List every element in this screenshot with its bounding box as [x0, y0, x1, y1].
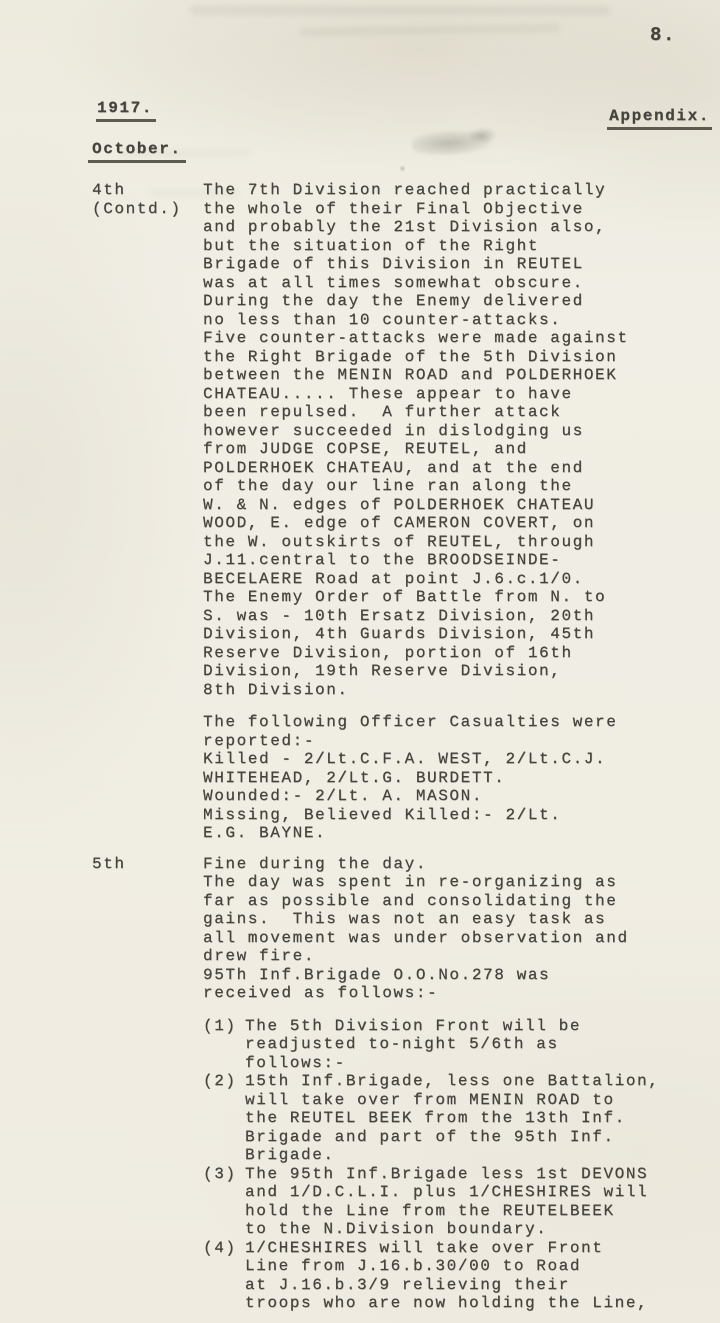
- text-line: Brigade and part of the 95th Inf.: [245, 1128, 703, 1147]
- text-line: Missing, Believed Killed:- 2/Lt.: [203, 806, 703, 825]
- month-heading: October.: [88, 140, 186, 163]
- text-line: Division, 19th Reserve Division,: [203, 662, 703, 681]
- text-line: received as follows:-: [203, 984, 703, 1003]
- text-line: at J.16.b.3/9 relieving their: [245, 1276, 703, 1295]
- diary-entry: 4th(Contd.)The 7th Division reached prac…: [0, 181, 720, 843]
- page-number: 8.: [650, 24, 676, 46]
- numbered-item: (1)The 5th Division Front will bereadjus…: [203, 1017, 703, 1073]
- text-line: no less than 10 counter-attacks.: [203, 311, 703, 330]
- text-line: W. & N. edges of POLDERHOEK CHATEAU: [203, 496, 703, 515]
- text-line: 1/CHESHIRES will take over Front: [245, 1239, 703, 1258]
- text-line: but the situation of the Right: [203, 237, 703, 256]
- text-line: 15th Inf.Brigade, less one Battalion,: [245, 1072, 703, 1091]
- text-line: the Right Brigade of the 5th Division: [203, 348, 703, 367]
- text-line: the W. outskirts of REUTEL, through: [203, 533, 703, 552]
- item-number: (4): [203, 1239, 237, 1258]
- text-line: BECELAERE Road at point J.6.c.1/0.: [203, 570, 703, 589]
- numbered-item: (4)1/CHESHIRES will take over FrontLine …: [203, 1239, 703, 1313]
- text-line: gains. This was not an easy task as: [203, 910, 703, 929]
- item-number: (1): [203, 1017, 237, 1036]
- text-line: 8th Division.: [203, 681, 703, 700]
- text-line: The 5th Division Front will be: [245, 1017, 703, 1036]
- numbered-item: (2)15th Inf.Brigade, less one Battalion,…: [203, 1072, 703, 1165]
- text-line: the whole of their Final Objective: [203, 200, 703, 219]
- text-line: Five counter-attacks were made against: [203, 329, 703, 348]
- text-line: Wounded:- 2/Lt. A. MASON.: [203, 787, 703, 806]
- text-line: The 95th Inf.Brigade less 1st DEVONS: [245, 1165, 703, 1184]
- ink-speck: [399, 165, 406, 172]
- entry-date: 5th: [92, 855, 203, 1313]
- text-line: however succeeded in dislodging us: [203, 422, 703, 441]
- text-block: Fine during the day.The day was spent in…: [203, 855, 703, 1003]
- bleedthrough-mark: [190, 6, 610, 15]
- text-line: During the day the Enemy delivered: [203, 292, 703, 311]
- text-line: POLDERHOEK CHATEAU, and at the end: [203, 459, 703, 478]
- entry-body: Fine during the day.The day was spent in…: [203, 855, 703, 1313]
- diary-entries: 4th(Contd.)The 7th Division reached prac…: [0, 181, 720, 1313]
- text-line: J.11.central to the BROODSEINDE-: [203, 551, 703, 570]
- text-line: drew fire.: [203, 947, 703, 966]
- text-line: WHITEHEAD, 2/Lt.G. BURDETT.: [203, 769, 703, 788]
- bleedthrough-mark: [300, 24, 560, 37]
- text-line: Brigade.: [245, 1146, 703, 1165]
- diary-entry: 5thFine during the day.The day was spent…: [0, 855, 720, 1313]
- text-line: been repulsed. A further attack: [203, 403, 703, 422]
- numbered-item: (3)The 95th Inf.Brigade less 1st DEVONSa…: [203, 1165, 703, 1239]
- text-line: was at all times somewhat obscure.: [203, 274, 703, 293]
- item-number: (3): [203, 1165, 237, 1184]
- text-line: Brigade of this Division in REUTEL: [203, 255, 703, 274]
- text-block: The 7th Division reached practicallythe …: [203, 181, 703, 699]
- numbered-block: (1)The 5th Division Front will bereadjus…: [203, 1017, 703, 1313]
- date-line: 5th: [92, 855, 203, 874]
- text-line: Reserve Division, portion of 16th: [203, 644, 703, 663]
- text-line: follows:-: [245, 1054, 703, 1073]
- text-line: Fine during the day.: [203, 855, 703, 874]
- text-line: from JUDGE COPSE, REUTEL, and: [203, 440, 703, 459]
- text-line: S. was - 10th Ersatz Division, 20th: [203, 607, 703, 626]
- item-number: (2): [203, 1072, 237, 1091]
- text-line: CHATEAU..... These appear to have: [203, 385, 703, 404]
- appendix-heading: Appendix.: [607, 107, 712, 130]
- text-block: The following Officer Casualties wererep…: [203, 713, 703, 843]
- text-line: The day was spent in re-organizing as: [203, 873, 703, 892]
- text-line: will take over from MENIN ROAD to: [245, 1091, 703, 1110]
- text-line: Killed - 2/Lt.C.F.A. WEST, 2/Lt.C.J.: [203, 750, 703, 769]
- text-line: 95Th Inf.Brigade O.O.No.278 was: [203, 966, 703, 985]
- text-line: and 1/D.C.L.I. plus 1/CHESHIRES will: [245, 1183, 703, 1202]
- entry-date: 4th(Contd.): [92, 181, 203, 843]
- text-line: to the N.Division boundary.: [245, 1220, 703, 1239]
- text-line: far as possible and consolidating the: [203, 892, 703, 911]
- text-line: the REUTEL BEEK from the 13th Inf.: [245, 1109, 703, 1128]
- text-line: between the MENIN ROAD and POLDERHOEK: [203, 366, 703, 385]
- text-line: Line from J.16.b.30/00 to Road: [245, 1257, 703, 1276]
- text-line: of the day our line ran along the: [203, 477, 703, 496]
- text-line: The following Officer Casualties were: [203, 713, 703, 732]
- date-line: (Contd.): [92, 200, 203, 219]
- text-line: and probably the 21st Division also,: [203, 218, 703, 237]
- entry-body: The 7th Division reached practicallythe …: [203, 181, 703, 843]
- year-heading: 1917.: [96, 99, 156, 122]
- text-line: troops who are now holding the Line,: [245, 1294, 703, 1313]
- text-line: The Enemy Order of Battle from N. to: [203, 588, 703, 607]
- text-line: The 7th Division reached practically: [203, 181, 703, 200]
- text-line: readjusted to-night 5/6th as: [245, 1035, 703, 1054]
- text-line: WOOD, E. edge of CAMERON COVERT, on: [203, 514, 703, 533]
- text-line: E.G. BAYNE.: [203, 824, 703, 843]
- text-line: all movement was under observation and: [203, 929, 703, 948]
- text-line: hold the Line from the REUTELBEEK: [245, 1202, 703, 1221]
- date-line: 4th: [92, 181, 203, 200]
- ink-smudge: [411, 123, 510, 158]
- scanned-page: 8. 1917. Appendix. October. 4th(Contd.)T…: [0, 0, 720, 1323]
- text-line: reported:-: [203, 732, 703, 751]
- text-line: Division, 4th Guards Division, 45th: [203, 625, 703, 644]
